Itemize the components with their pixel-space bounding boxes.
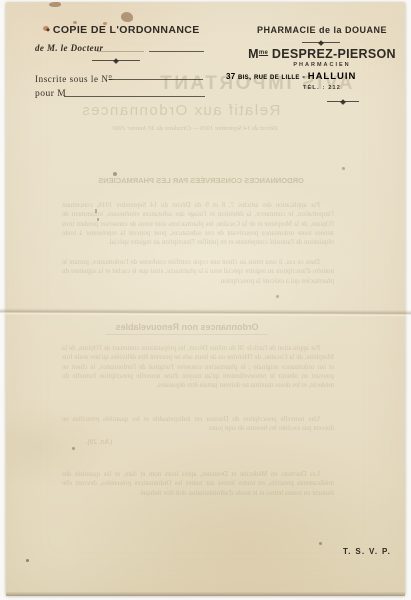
name-prefix: M — [248, 47, 259, 61]
paper-stain — [121, 12, 133, 22]
paper-stain — [319, 542, 322, 545]
paper-stain — [342, 167, 345, 170]
ghost-decret-line: Décret du 14 Septembre 1916 — Circulaire… — [80, 125, 310, 133]
paper-stain — [26, 559, 29, 562]
name-main: DESPREZ-PIERSON — [268, 47, 396, 61]
registration-number-text: Inscrite sous le N — [35, 74, 109, 84]
paper-stain — [276, 295, 279, 298]
address-street: 37 BIS, RUE DE LILLE — [226, 72, 300, 81]
doctor-writein-line — [97, 51, 144, 52]
page-title: COPIE DE L'ORDONNANCE — [53, 24, 200, 36]
pharmacist-title: PHARMACIEN — [238, 62, 406, 69]
registration-number-label: Inscrite sous le No — [35, 71, 112, 85]
ghost-article-ref: (Art. 29). — [60, 438, 112, 447]
paper-stain — [73, 21, 77, 24]
ghost-paragraph: Les Docteurs en Médecine et Dentistes, a… — [62, 470, 334, 498]
patient-label: pour M — [35, 89, 66, 100]
pharmacy-phone: TÉL. : 212 — [238, 85, 406, 92]
ornament-divider — [92, 58, 140, 63]
ghost-paragraph: Par application des articles 7, 8 et 9 d… — [62, 201, 334, 247]
number-writein-line — [111, 79, 203, 80]
paper-stain — [95, 209, 97, 213]
paper-stain — [72, 447, 75, 450]
paper-stain — [49, 2, 61, 7]
tsvp-note: T. S. V. P. — [343, 547, 391, 557]
paper-stain — [103, 22, 107, 25]
paper-stain — [97, 218, 99, 221]
ornament-divider — [302, 40, 340, 45]
address-city: HALLUIN — [308, 71, 357, 82]
ghost-paragraph: Par application de l'article 38 du même … — [62, 344, 334, 390]
ghost-relatif-subtitle: Relatif aux Ordonnances — [68, 102, 293, 120]
ghost-heading-non-renouvelables: Ordonnances non Renouvelables — [106, 322, 268, 335]
paper-bottom-edge — [6, 592, 405, 596]
paper-stain — [113, 172, 117, 176]
pharmacy-name: PHARMACIE de la DOUANE — [238, 25, 406, 36]
pharmacy-address: 37 BIS, RUE DE LILLE - HALLUIN — [226, 72, 411, 82]
ornament-divider — [327, 99, 359, 104]
ghost-paragraph: Une nouvelle prescription du Docteur est… — [62, 415, 334, 434]
ghost-paragraph: Dans ce cas, il sera remis au client une… — [62, 258, 334, 286]
title-row: ◆ COPIE DE L'ORDONNANCE — [46, 24, 200, 36]
paper-stain — [43, 26, 49, 31]
name-superscript: me — [259, 50, 268, 56]
doctor-label: de M. le Docteur — [35, 43, 103, 54]
ghost-heading-conservees: ORDONNANCES CONSERVÉES PAR LES PHARMACIE… — [88, 176, 314, 185]
address-dash: - — [300, 72, 308, 81]
pharmacist-name: Mme DESPREZ-PIERSON — [238, 46, 406, 61]
scanned-document: AVIS IMPORTANT Relatif aux Ordonnances D… — [0, 0, 411, 600]
doctor-writein-line — [149, 51, 204, 52]
patient-writein-line — [64, 96, 205, 97]
